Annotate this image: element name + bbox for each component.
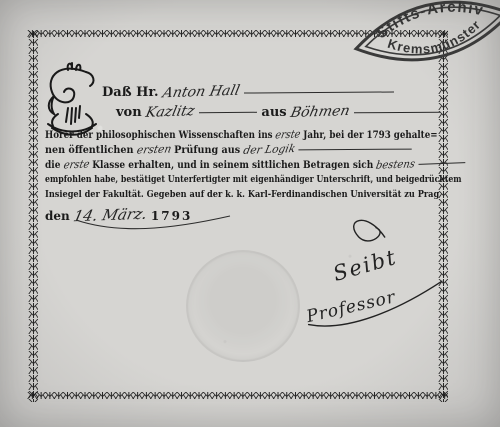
- handwritten-subject: der Logik: [242, 142, 296, 157]
- filler-line: [244, 91, 394, 93]
- ornamental-border-bottom: ЖЖЖЖЖЖЖЖЖЖЖЖЖЖЖЖЖЖЖЖЖЖЖЖЖЖЖЖЖЖЖЖЖЖЖЖЖЖЖЖ…: [27, 392, 448, 403]
- handwritten-place: Kazlitz: [144, 103, 196, 121]
- handwritten-grade: bestens: [375, 157, 416, 171]
- line-body-4: empfohlen habe, bestätiget Unterfertigte…: [45, 174, 462, 185]
- filler-line: [199, 112, 257, 113]
- rococo-flourish-icon: [42, 60, 102, 136]
- embossed-seal: [186, 250, 300, 362]
- printed-text: empfohlen habe, bestätiget Unterfertigte…: [45, 174, 462, 185]
- line-body-3: die erste Klasse erhalten, und in seinem…: [45, 158, 465, 171]
- handwritten-insert: erste: [62, 158, 90, 172]
- handwritten-region: Böhmen: [289, 103, 351, 121]
- printed-text: Jahr, bei der 1793 gehalte=: [303, 130, 437, 141]
- handwritten-insert: erste: [274, 128, 301, 142]
- printed-text: Insiegel der Fakultät. Gegeben auf der k…: [45, 189, 439, 200]
- signature-title: Professor: [304, 287, 398, 327]
- printed-aus: aus: [261, 105, 286, 120]
- handwritten-name: Anton Hall: [161, 83, 241, 102]
- printed-text: nen öffentlichen: [45, 145, 133, 156]
- handwritten-insert: ersten: [135, 142, 172, 156]
- signature-flourish-top: [353, 219, 385, 242]
- line-body-5: Insiegel der Fakultät. Gegeben auf der k…: [45, 189, 439, 200]
- line-salutation: Daß Hr. Anton Hall: [102, 84, 394, 100]
- line-body-1: Hörer der philosophischen Wissenschaften…: [45, 128, 438, 141]
- signature-name: Seibt: [330, 245, 400, 286]
- filler-line: [298, 149, 411, 151]
- line-origin: von Kazlitz aus Böhmen: [116, 104, 440, 120]
- filler-line: [354, 112, 440, 114]
- printed-dass-hr: Daß Hr.: [102, 85, 159, 100]
- printed-von: von: [116, 105, 142, 120]
- archive-stamp: Stifts-Archiv Kremsmünster: [341, 0, 500, 92]
- printed-text: Klasse erhalten, und in seinem sittliche…: [92, 160, 373, 171]
- signature-block: Seibt Professor: [291, 203, 454, 339]
- ornate-initial-decoration: [42, 60, 102, 136]
- printed-text: Hörer der philosophischen Wissenschaften…: [45, 130, 273, 141]
- ornamental-border-left: ЖЖЖЖЖЖЖЖЖЖЖЖЖЖЖЖЖЖЖЖЖЖЖЖЖЖЖЖЖЖЖЖЖЖЖЖЖЖЖЖ…: [27, 30, 38, 402]
- printed-text: Prüfung aus: [174, 145, 240, 156]
- scanned-certificate-photo: ЖЖЖЖЖЖЖЖЖЖЖЖЖЖЖЖЖЖЖЖЖЖЖЖЖЖЖЖЖЖЖЖЖЖЖЖЖЖЖЖ…: [0, 0, 500, 427]
- filler-line: [418, 162, 465, 165]
- date-underline-flourish: [58, 214, 238, 234]
- line-body-2: nen öffentlichen ersten Prüfung aus der …: [45, 143, 411, 156]
- printed-text: die: [45, 160, 60, 171]
